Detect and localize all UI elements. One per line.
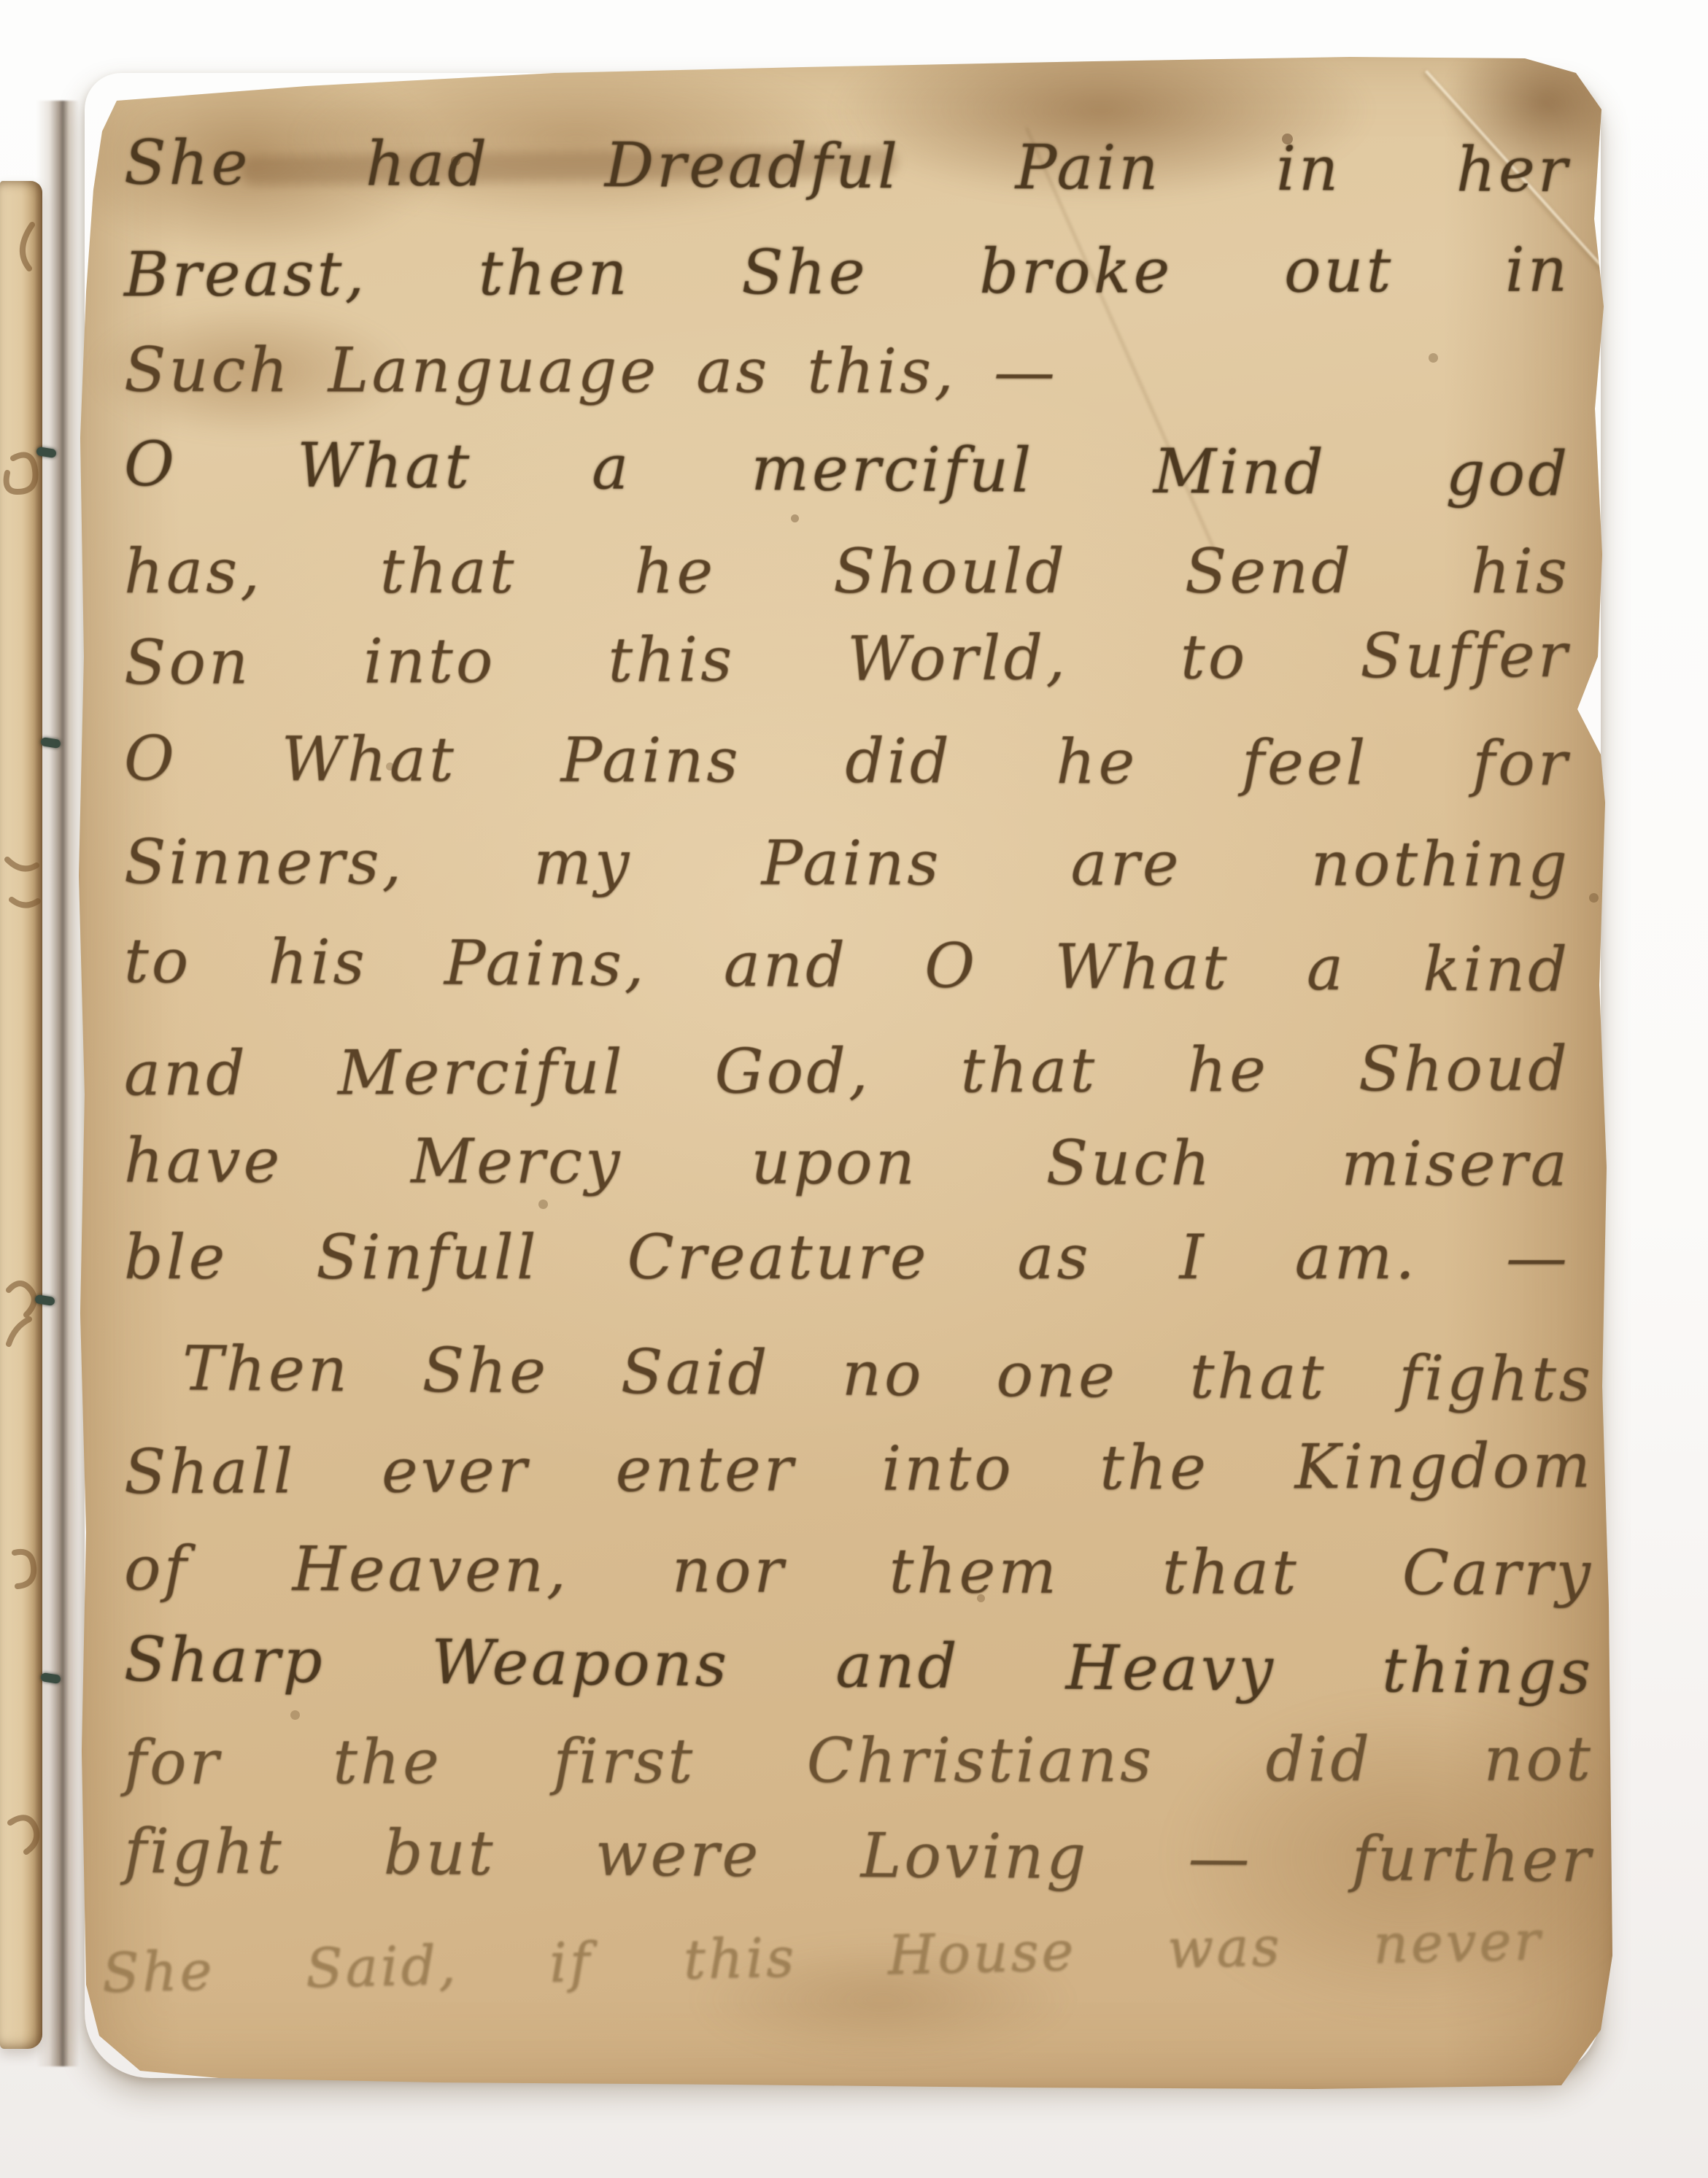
handwritten-line-1: She had Dreadful Pain in her xyxy=(124,131,1570,203)
handwritten-line-5: has, that he Should Send his xyxy=(124,539,1570,603)
handwritten-line-6: Son into this World, to Suffer xyxy=(124,623,1570,695)
handwritten-line-4: O What a merciful Mind god xyxy=(124,432,1571,506)
binding-seam xyxy=(36,101,82,2066)
handwritten-line-12: ble Sinfull Creature as I am. — xyxy=(124,1225,1570,1289)
manuscript-page: She had Dreadful Pain in her Breast, the… xyxy=(73,48,1612,2091)
handwritten-line-11: have Mercy upon Such misera xyxy=(124,1128,1570,1196)
manuscript-scan: She had Dreadful Pain in her Breast, the… xyxy=(0,0,1708,2178)
handwritten-line-15: of Heaven, nor them that Carry xyxy=(124,1536,1593,1605)
handwritten-line-18: fight but were Loving — further xyxy=(124,1819,1594,1892)
handwritten-line-3: Such Language as this, — xyxy=(124,338,1058,403)
handwritten-line-2: Breast, then She broke out in xyxy=(124,238,1570,307)
handwritten-line-17: for the first Christians did not xyxy=(124,1726,1593,1794)
handwritten-line-13: Then She Said no one that fights xyxy=(182,1336,1594,1411)
handwritten-line-7: O What Pains did he feel for xyxy=(124,727,1570,796)
handwritten-line-9: to his Pains, and O What a kind xyxy=(124,929,1571,1002)
handwritten-line-10: and Merciful God, that he Shoud xyxy=(124,1037,1570,1106)
handwritten-line-16: Sharp Weapons and Heavy things xyxy=(124,1627,1594,1704)
handwritten-line-14: Shall ever enter into the Kingdom xyxy=(124,1434,1593,1505)
paper-speckles xyxy=(73,48,80,55)
handwritten-line-8: Sinners, my Pains are nothing xyxy=(124,830,1570,897)
